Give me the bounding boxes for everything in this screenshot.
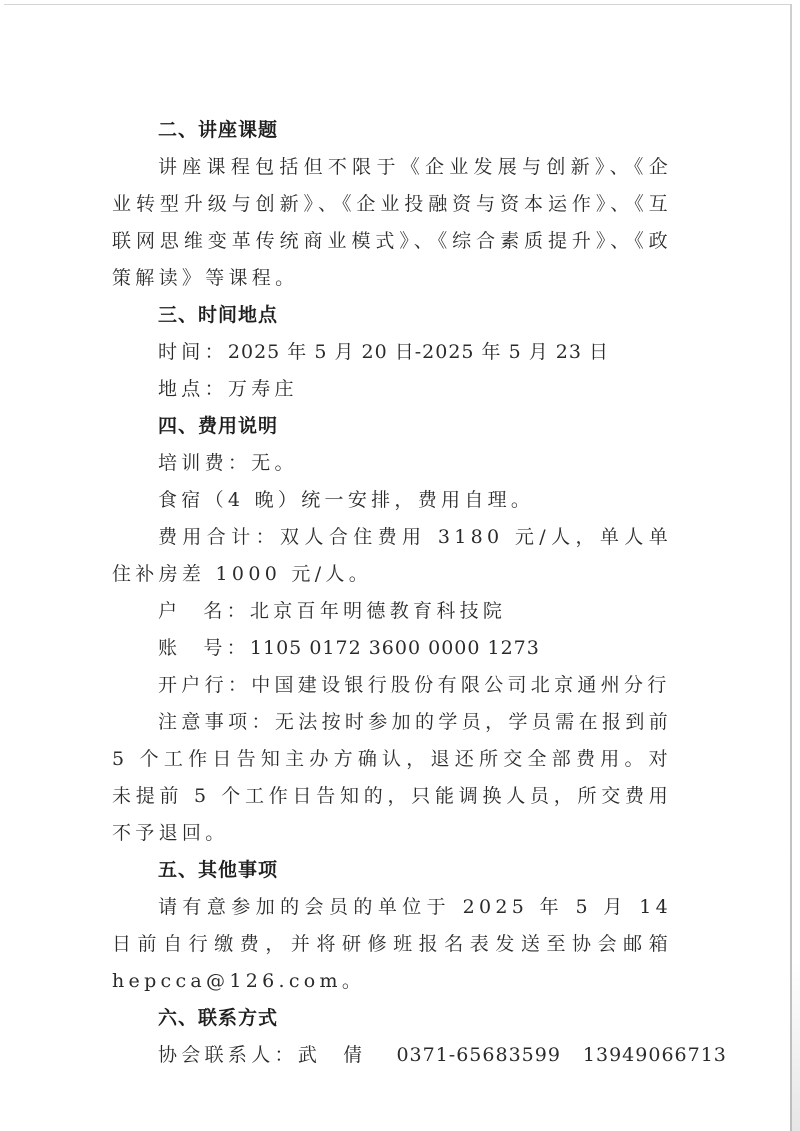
contact-line: 协会联系人：武倩0371-6568359913949066713 [112,1037,672,1074]
section-heading-contact: 六、联系方式 [112,1000,672,1037]
contact-phone: 0371-65683599 [396,1044,560,1066]
contact-label: 协会联系人： [158,1044,298,1066]
bank-line: 开户行：中国建设银行股份有限公司北京通州分行 [112,667,672,704]
time-value: 2025 年 5 月 20 日-2025 年 5 月 23 日 [228,341,609,363]
scan-border-top [4,4,790,5]
time-label: 时间： [158,341,228,363]
contact-mobile: 13949066713 [583,1044,727,1066]
total-cost-paragraph: 费用合计：双人合住费用 3180 元/人，单人单住补房差 1000 元/人。 [112,519,672,593]
place-label: 地点： [158,378,228,400]
accommodation-line: 食宿（4 晚）统一安排，费用自理。 [112,482,672,519]
place-line: 地点：万寿庄 [112,371,672,408]
training-fee-line: 培训费：无。 [112,445,672,482]
section-heading-fees: 四、费用说明 [112,408,672,445]
account-name-label-2: 名： [203,600,250,622]
section-heading-other-matters: 五、其他事项 [112,852,672,889]
contact-name-1: 武 [298,1044,321,1066]
lecture-topics-paragraph: 讲座课程包括但不限于《企业发展与创新》、《企业转型升级与创新》、《企业投融资与资… [112,149,672,297]
bank-label: 开户行： [158,674,251,696]
time-line: 时间：2025 年 5 月 20 日-2025 年 5 月 23 日 [112,334,672,371]
section-heading-time-place: 三、时间地点 [112,297,672,334]
account-number-line: 账号：1105 0172 3600 0000 1273 [112,630,672,667]
section-heading-lecture-topics: 二、讲座课题 [112,112,672,149]
other-matters-paragraph: 请有意参加的会员的单位于 2025 年 5 月 14 日前自行缴费，并将研修班报… [112,889,672,1000]
contact-name-2: 倩 [343,1044,366,1066]
account-number-label-2: 号： [203,637,250,659]
account-name-value: 北京百年明德教育科技院 [250,600,506,622]
account-name-line: 户名：北京百年明德教育科技院 [112,593,672,630]
scan-shadow-right [792,0,800,1131]
account-name-label-1: 户 [158,600,181,622]
account-number-label-1: 账 [158,637,181,659]
place-value: 万寿庄 [228,378,298,400]
account-number-value: 1105 0172 3600 0000 1273 [250,637,540,659]
document-page: 二、讲座课题 讲座课程包括但不限于《企业发展与创新》、《企业转型升级与创新》、《… [112,112,672,1074]
notice-paragraph: 注意事项：无法按时参加的学员，学员需在报到前 5 个工作日告知主办方确认，退还所… [112,704,672,852]
bank-value: 中国建设银行股份有限公司北京通州分行 [251,674,670,696]
